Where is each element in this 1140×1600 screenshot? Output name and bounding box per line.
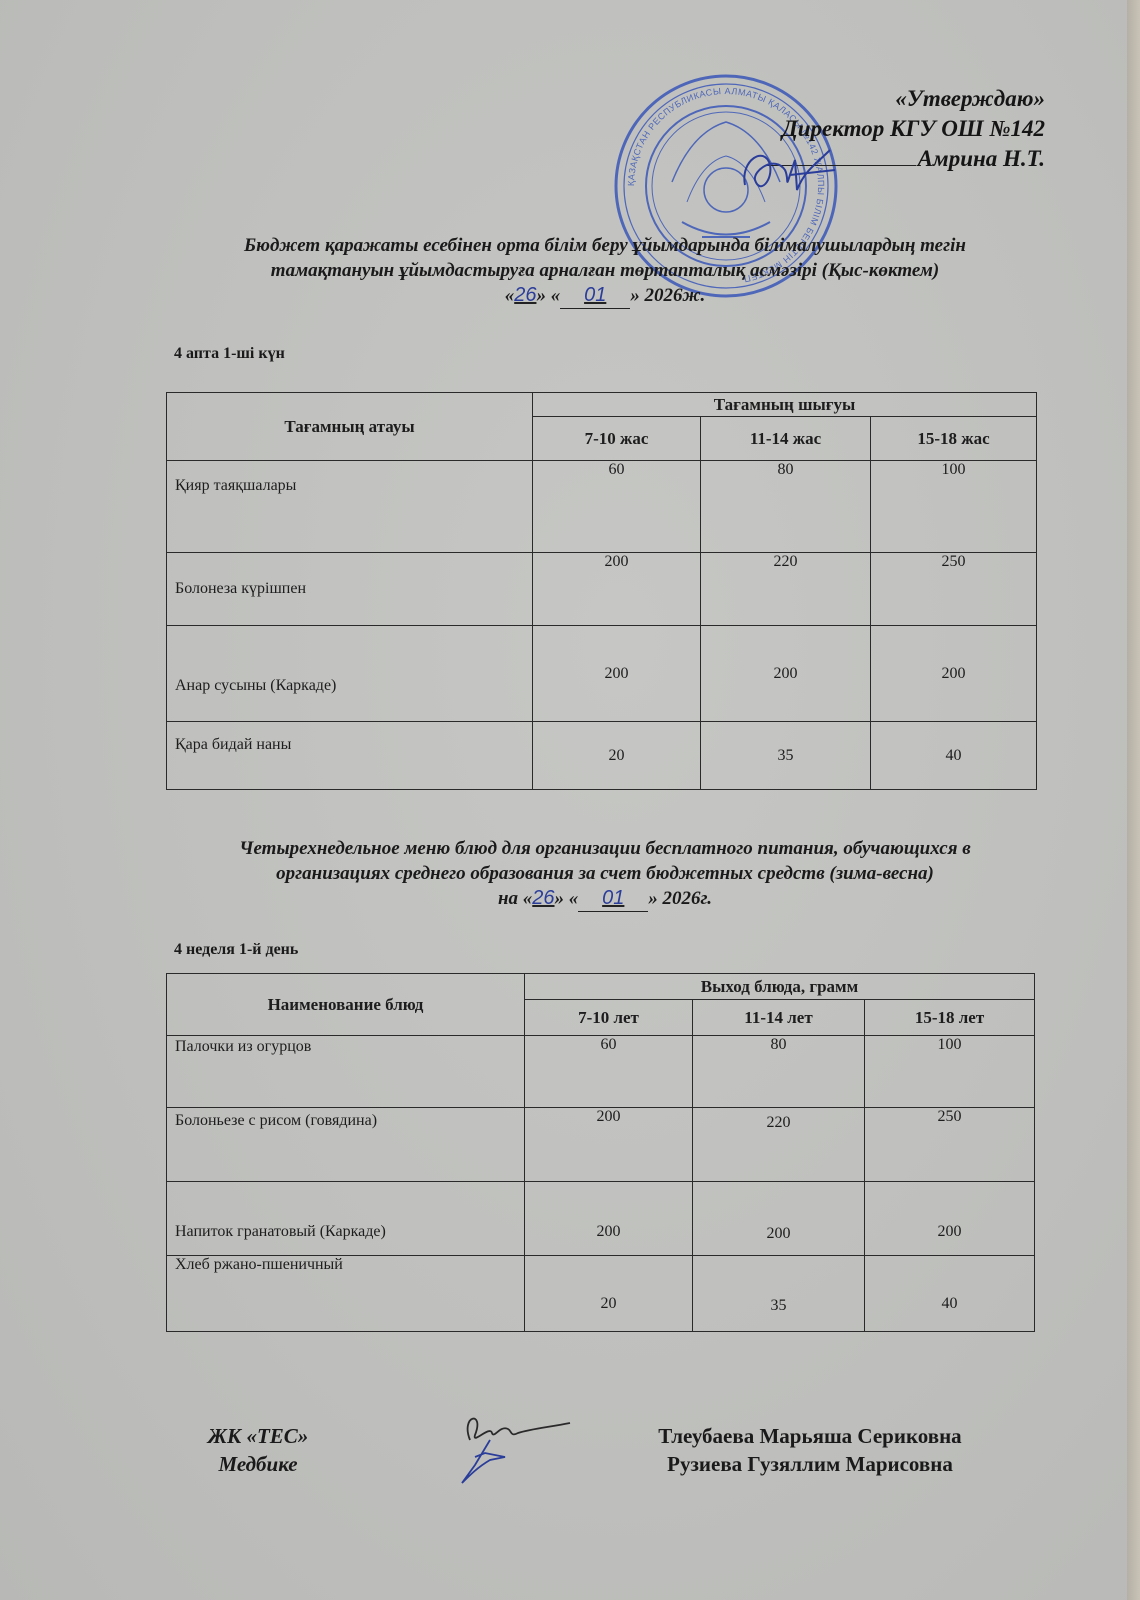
dish-name: Хлеб ржано-пшеничный [167,1256,525,1332]
nurse-signature-icon [430,1405,580,1485]
ru-yield-header: Выход блюда, грамм [525,974,1035,1000]
dish-value: 220 [701,553,871,626]
dish-value: 200 [525,1182,693,1256]
dish-value: 40 [871,722,1037,790]
table-row: Хлеб ржано-пшеничный 20 35 40 [167,1256,1035,1332]
dish-name: Болонеза күрішпен [167,553,533,626]
ru-menu-table: Наименование блюд Выход блюда, грамм 7-1… [166,973,1035,1332]
dish-value: 40 [865,1256,1035,1332]
kz-date-month: 01 [560,283,630,309]
table-row: Анар сусыны (Каркаде) 200 200 200 [167,626,1037,722]
director-name: Амрина Н.Т. [918,146,1045,171]
dish-value: 60 [525,1036,693,1108]
kz-date: «26» «01» 2026ж. [150,283,1060,309]
kz-age-header: 7-10 жас [533,417,701,461]
ru-title: Четырехнедельное меню блюд для организац… [150,836,1060,912]
kz-age-header: 15-18 жас [871,417,1037,461]
ru-date: на «26» «01» 2026г. [150,886,1060,912]
ru-age-header: 7-10 лет [525,1000,693,1036]
table-row: Палочки из огурцов 60 80 100 [167,1036,1035,1108]
dish-value: 200 [693,1182,865,1256]
dish-value: 20 [525,1256,693,1332]
dish-value: 80 [701,461,871,553]
director-signature-icon [735,140,855,200]
ru-title-line1: Четырехнедельное меню блюд для организац… [150,836,1060,861]
ru-date-day: 26 [532,887,554,909]
signer-name: Тлеубаева Марьяша Сериковна [610,1422,1010,1450]
org-name: ЖК «ТЕС» [188,1422,328,1450]
kz-yield-header: Тағамның шығуы [533,393,1037,417]
kz-title: Бюджет қаражаты есебінен орта білім беру… [150,233,1060,309]
kz-age-header: 11-14 жас [701,417,871,461]
dish-value: 35 [693,1256,865,1332]
table-row: Қара бидай наны 20 35 40 [167,722,1037,790]
dish-name: Болоньезе с рисом (говядина) [167,1108,525,1182]
dish-name: Палочки из огурцов [167,1036,525,1108]
dish-value: 200 [533,626,701,722]
table-row: Напиток гранатовый (Каркаде) 200 200 200 [167,1182,1035,1256]
approval-title: «Утверждаю» [766,84,1045,114]
kz-day-label: 4 апта 1-ші күн [174,345,285,363]
dish-value: 200 [865,1182,1035,1256]
dish-value: 20 [533,722,701,790]
kz-menu-table: Тағамның атауы Тағамның шығуы 7-10 жас 1… [166,392,1037,790]
dish-value: 200 [701,626,871,722]
dish-value: 100 [871,461,1037,553]
ru-day-label: 4 неделя 1-й день [174,941,298,959]
ru-age-header: 11-14 лет [693,1000,865,1036]
dish-value: 250 [865,1108,1035,1182]
dish-value: 80 [693,1036,865,1108]
dish-value: 200 [525,1108,693,1182]
kz-name-header: Тағамның атауы [167,393,533,461]
ru-title-line2: организациях среднего образования за сче… [150,861,1060,886]
dish-value: 100 [865,1036,1035,1108]
dish-value: 200 [533,553,701,626]
kz-title-line1: Бюджет қаражаты есебінен орта білім беру… [150,233,1060,258]
signer-name: Рузиева Гузяллим Марисовна [610,1450,1010,1478]
table-row: Болоньезе с рисом (говядина) 200 220 250 [167,1108,1035,1182]
table-row: Болонеза күрішпен 200 220 250 [167,553,1037,626]
signers-block: Тлеубаева Марьяша Сериковна Рузиева Гузя… [610,1422,1010,1478]
table-row: Қияр таяқшалары 60 80 100 [167,461,1037,553]
dish-value: 200 [871,626,1037,722]
ru-age-header: 15-18 лет [865,1000,1035,1036]
dish-name: Анар сусыны (Каркаде) [167,626,533,722]
ru-date-month: 01 [578,886,648,912]
nurse-role: Медбике [188,1450,328,1478]
kz-title-line2: тамақтануын ұйымдастыруға арналған төрта… [150,258,1060,283]
dish-value: 220 [693,1108,865,1182]
kz-date-day: 26 [514,284,536,306]
dish-name: Қияр таяқшалары [167,461,533,553]
background-wall [1127,0,1140,1600]
dish-value: 250 [871,553,1037,626]
dish-value: 35 [701,722,871,790]
nurse-block: ЖК «ТЕС» Медбике [188,1422,328,1478]
ru-name-header: Наименование блюд [167,974,525,1036]
dish-value: 60 [533,461,701,553]
dish-name: Напиток гранатовый (Каркаде) [167,1182,525,1256]
dish-name: Қара бидай наны [167,722,533,790]
